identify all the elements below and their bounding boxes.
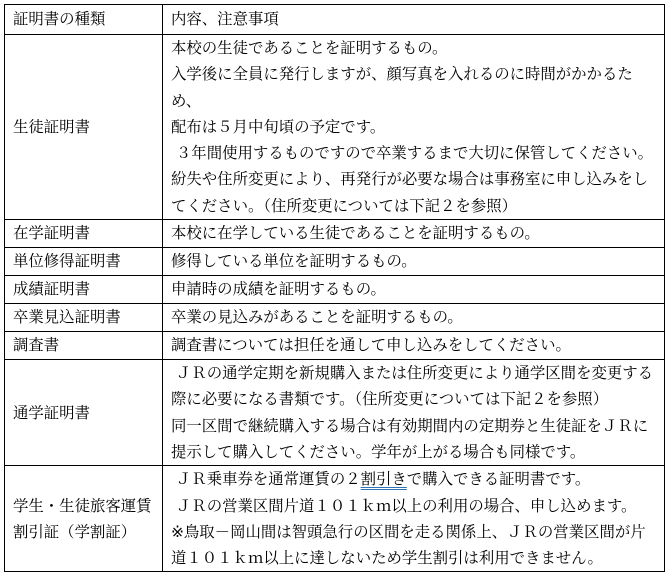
cert-description-transcript: 申請時の成績を証明するもの。 — [163, 276, 665, 304]
table-row: 調査書 調査書については担任を通して申し込みをしてください。 — [5, 332, 665, 360]
description-text-segment: ＪＲ乗車券を通常運賃の２ — [171, 470, 361, 488]
table-row: 卒業見込証明書 卒業の見込みがあることを証明するもの。 — [5, 304, 665, 332]
cert-description-expected-graduation: 卒業の見込みがあることを証明するもの。 — [163, 304, 665, 332]
column-header-certificate-type: 証明書の種類 — [5, 5, 163, 35]
description-text-segment: ＪＲの営業区間片道１０１ｋｍ以上の利用の場合、申し込めます。 ※鳥取－岡山間は智… — [171, 497, 646, 568]
cert-type-school-report: 調査書 — [5, 332, 163, 360]
cert-type-transcript: 成績証明書 — [5, 276, 163, 304]
cert-type-student-id: 生徒証明書 — [5, 35, 163, 220]
cert-type-commuting: 通学証明書 — [5, 360, 163, 466]
cert-type-student-discount: 学生・生徒旅客運賃 割引証（学割証） — [5, 466, 163, 572]
table-row: 生徒証明書 本校の生徒であることを証明するもの。 入学後に全員に発行しますが、顔… — [5, 35, 665, 220]
table-row: 成績証明書 申請時の成績を証明するもの。 — [5, 276, 665, 304]
cert-type-expected-graduation: 卒業見込証明書 — [5, 304, 163, 332]
cert-description-enrollment: 本校に在学している生徒であることを証明するもの。 — [163, 220, 665, 248]
table-row: 学生・生徒旅客運賃 割引証（学割証） ＪＲ乗車券を通常運賃の２割引きで購入できる… — [5, 466, 665, 572]
description-text-segment: で購入できる証明書です。 — [407, 470, 590, 488]
cert-description-student-discount: ＪＲ乗車券を通常運賃の２割引きで購入できる証明書です。 ＪＲの営業区間片道１０１… — [163, 466, 665, 572]
cert-type-credits: 単位修得証明書 — [5, 248, 163, 276]
table-row: 通学証明書 ＪＲの通学定期を新規購入または住所変更により通学区間を変更する 際に… — [5, 360, 665, 466]
cert-description-school-report: 調査書については担任を通して申し込みをしてください。 — [163, 332, 665, 360]
cert-description-student-id: 本校の生徒であることを証明するもの。 入学後に全員に発行しますが、顔写真を入れる… — [163, 35, 665, 220]
table-row: 単位修得証明書 修得している単位を証明するもの。 — [5, 248, 665, 276]
table-header-row: 証明書の種類 内容、注意事項 — [5, 5, 665, 35]
certificates-table: 証明書の種類 内容、注意事項 生徒証明書 本校の生徒であることを証明するもの。 … — [4, 4, 665, 572]
table-row: 在学証明書 本校に在学している生徒であることを証明するもの。 — [5, 220, 665, 248]
grammar-check-underline: 割引き — [361, 470, 407, 488]
cert-description-credits: 修得している単位を証明するもの。 — [163, 248, 665, 276]
column-header-description: 内容、注意事項 — [163, 5, 665, 35]
cert-type-enrollment: 在学証明書 — [5, 220, 163, 248]
cert-description-commuting: ＪＲの通学定期を新規購入または住所変更により通学区間を変更する 際に必要になる書… — [163, 360, 665, 466]
